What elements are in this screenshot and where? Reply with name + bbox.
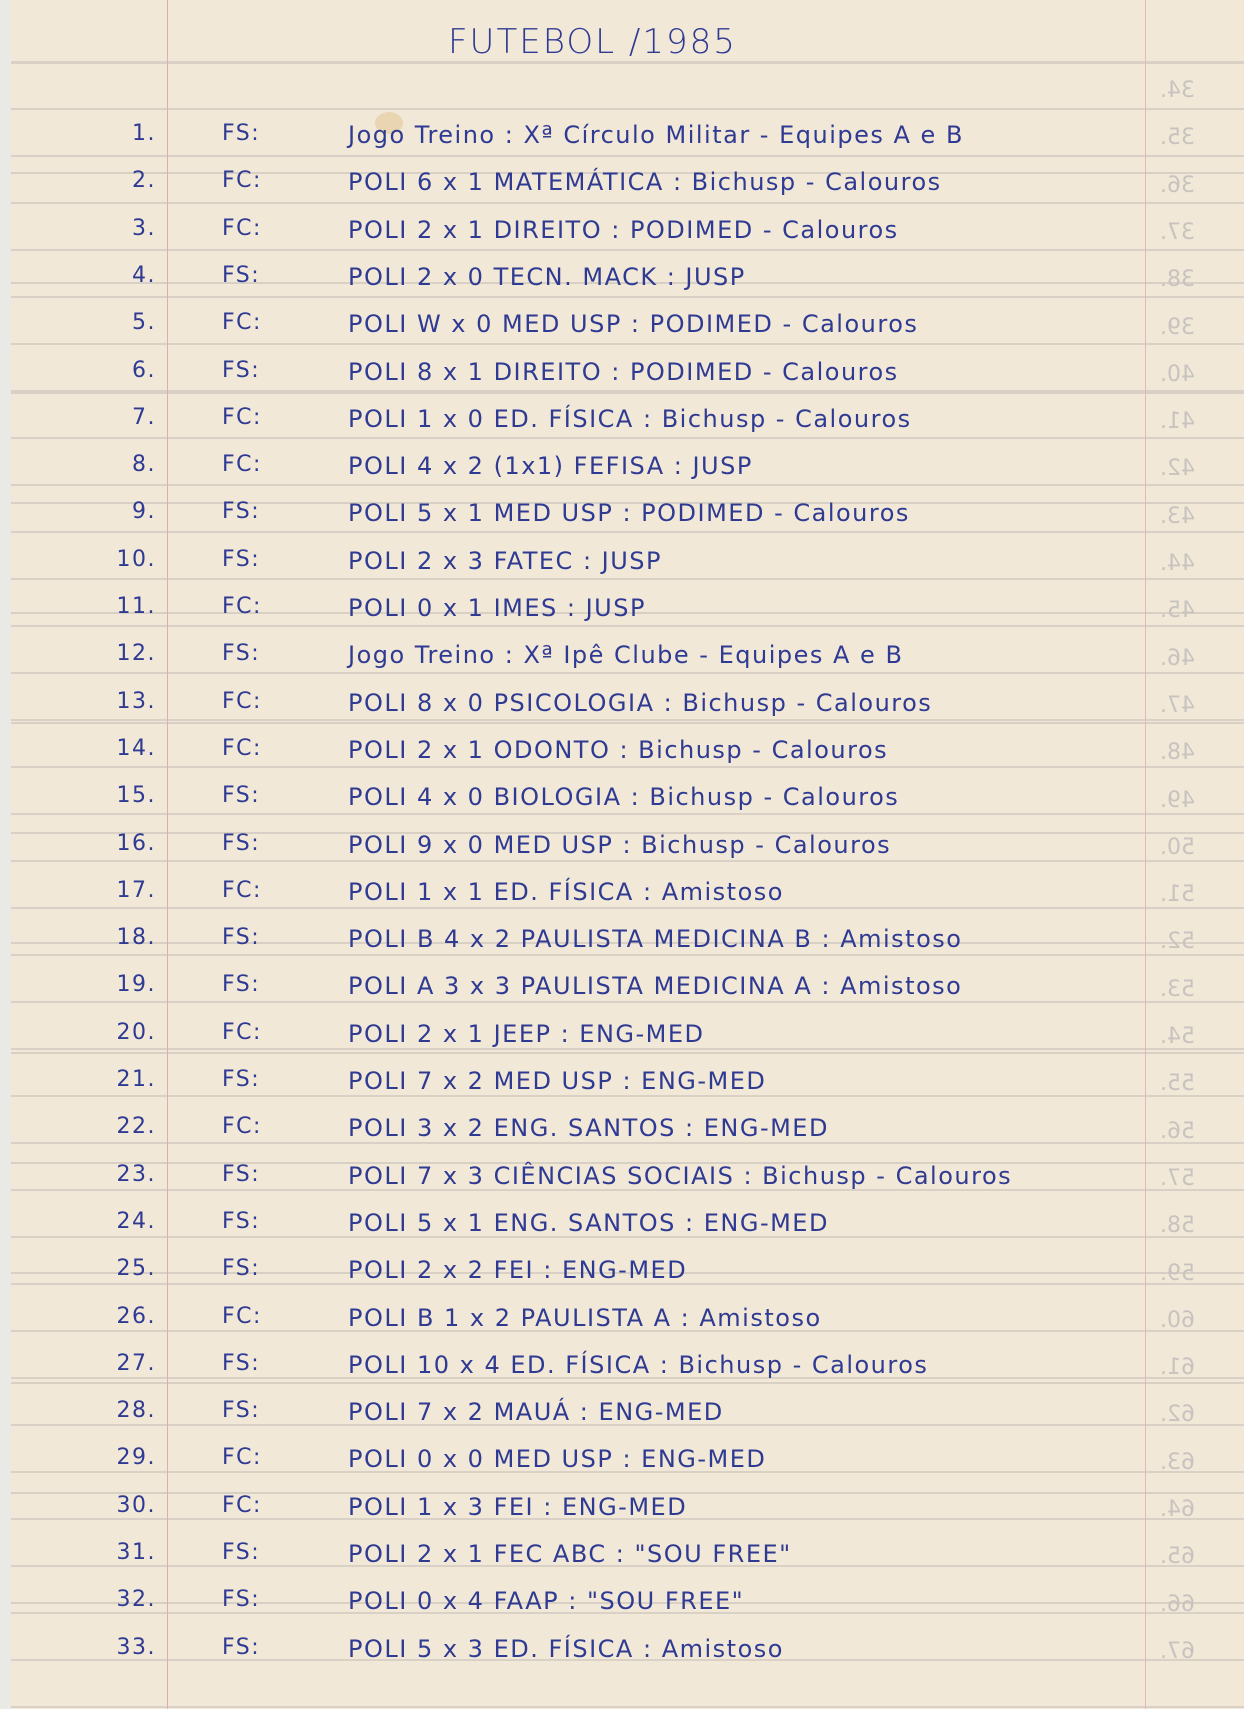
entry-text: POLI 2 x 0 TECN. MACK : JUSP <box>348 263 746 291</box>
list-item: 24.FS:POLI 5 x 1 ENG. SANTOS : ENG-MED <box>0 1209 1244 1256</box>
entry-number: 32. <box>112 1587 156 1612</box>
list-item: 7.FC:POLI 1 x 0 ED. FÍSICA : Bichusp - C… <box>0 405 1244 452</box>
list-item: 19.FS:POLI A 3 x 3 PAULISTA MEDICINA A :… <box>0 972 1244 1019</box>
entry-text: POLI 8 x 0 PSICOLOGIA : Bichusp - Calour… <box>348 689 932 717</box>
entry-number: 9. <box>112 499 156 524</box>
entry-type: FS: <box>222 783 260 808</box>
list-item: 11.FC:POLI 0 x 1 IMES : JUSP <box>0 594 1244 641</box>
entry-text: POLI 3 x 2 ENG. SANTOS : ENG-MED <box>348 1114 829 1142</box>
list-item: 26.FC:POLI B 1 x 2 PAULISTA A : Amistoso <box>0 1304 1244 1351</box>
entry-text: POLI 2 x 3 FATEC : JUSP <box>348 547 662 575</box>
list-item: 16.FS:POLI 9 x 0 MED USP : Bichusp - Cal… <box>0 831 1244 878</box>
entry-number: 5. <box>112 310 156 335</box>
entry-type: FC: <box>222 452 262 477</box>
entry-type: FS: <box>222 1351 260 1376</box>
entry-text: POLI 0 x 4 FAAP : "SOU FREE" <box>348 1587 744 1615</box>
entry-text: POLI 0 x 1 IMES : JUSP <box>348 594 646 622</box>
list-item: 8.FC:POLI 4 x 2 (1x1) FEFISA : JUSP <box>0 452 1244 499</box>
entry-text: POLI 9 x 0 MED USP : Bichusp - Calouros <box>348 831 891 859</box>
entry-text: POLI 7 x 2 MAUÁ : ENG-MED <box>348 1398 724 1426</box>
entry-text: POLI 1 x 1 ED. FÍSICA : Amistoso <box>348 878 784 906</box>
entry-number: 20. <box>112 1020 156 1045</box>
entry-text: POLI 2 x 1 JEEP : ENG-MED <box>348 1020 705 1048</box>
entry-type: FS: <box>222 1587 260 1612</box>
entry-type: FS: <box>222 1398 260 1423</box>
list-item: 3.FC:POLI 2 x 1 DIREITO : PODIMED - Calo… <box>0 216 1244 263</box>
entry-number: 21. <box>112 1067 156 1092</box>
list-item: 33.FS:POLI 5 x 3 ED. FÍSICA : Amistoso <box>0 1635 1244 1682</box>
list-item: 29.FC:POLI 0 x 0 MED USP : ENG-MED <box>0 1445 1244 1492</box>
entry-type: FS: <box>222 547 260 572</box>
entry-text: POLI 0 x 0 MED USP : ENG-MED <box>348 1445 766 1473</box>
entry-type: FC: <box>222 1493 262 1518</box>
entry-type: FC: <box>222 736 262 761</box>
entry-number: 2. <box>112 168 156 193</box>
list-item: 30.FC:POLI 1 x 3 FEI : ENG-MED <box>0 1493 1244 1540</box>
entry-number: 22. <box>112 1114 156 1139</box>
entry-number: 14. <box>112 736 156 761</box>
entry-number: 27. <box>112 1351 156 1376</box>
list-item: 32.FS:POLI 0 x 4 FAAP : "SOU FREE" <box>0 1587 1244 1634</box>
entry-text: POLI 4 x 2 (1x1) FEFISA : JUSP <box>348 452 753 480</box>
entry-number: 8. <box>112 452 156 477</box>
entry-text: POLI 6 x 1 MATEMÁTICA : Bichusp - Calour… <box>348 168 942 196</box>
entry-text: POLI 7 x 2 MED USP : ENG-MED <box>348 1067 766 1095</box>
list-item: 12.FS:Jogo Treino : Xª Ipê Clube - Equip… <box>0 641 1244 688</box>
entry-text: POLI 2 x 1 DIREITO : PODIMED - Calouros <box>348 216 899 244</box>
list-item: 28.FS:POLI 7 x 2 MAUÁ : ENG-MED <box>0 1398 1244 1445</box>
entry-type: FS: <box>222 1635 260 1660</box>
entry-type: FS: <box>222 972 260 997</box>
entry-number: 13. <box>112 689 156 714</box>
entry-type: FC: <box>222 1304 262 1329</box>
list-item: 25.FS:POLI 2 x 2 FEI : ENG-MED <box>0 1256 1244 1303</box>
entry-text: POLI 2 x 2 FEI : ENG-MED <box>348 1256 687 1284</box>
list-item: 10.FS:POLI 2 x 3 FATEC : JUSP <box>0 547 1244 594</box>
page-title: FUTEBOL /1985 <box>448 22 737 62</box>
list-item: 21.FS:POLI 7 x 2 MED USP : ENG-MED <box>0 1067 1244 1114</box>
list-item: 15.FS:POLI 4 x 0 BIOLOGIA : Bichusp - Ca… <box>0 783 1244 830</box>
entry-type: FS: <box>222 831 260 856</box>
entry-number: 19. <box>112 972 156 997</box>
entry-type: FC: <box>222 594 262 619</box>
entry-text: POLI A 3 x 3 PAULISTA MEDICINA A : Amist… <box>348 972 962 1000</box>
entry-text: POLI 5 x 1 MED USP : PODIMED - Calouros <box>348 499 910 527</box>
entry-type: FS: <box>222 1256 260 1281</box>
entry-type: FC: <box>222 1445 262 1470</box>
entry-number: 24. <box>112 1209 156 1234</box>
list-item: 6.FS:POLI 8 x 1 DIREITO : PODIMED - Calo… <box>0 358 1244 405</box>
entry-text: POLI 7 x 3 CIÊNCIAS SOCIAIS : Bichusp - … <box>348 1162 1012 1190</box>
entry-type: FC: <box>222 168 262 193</box>
entry-text: POLI B 4 x 2 PAULISTA MEDICINA B : Amist… <box>348 925 962 953</box>
list-item: 27.FS:POLI 10 x 4 ED. FÍSICA : Bichusp -… <box>0 1351 1244 1398</box>
entry-number: 3. <box>112 216 156 241</box>
entry-number: 17. <box>112 878 156 903</box>
entry-type: FS: <box>222 925 260 950</box>
entry-number: 25. <box>112 1256 156 1281</box>
entry-text: Jogo Treino : Xª Círculo Militar - Equip… <box>348 121 964 149</box>
entry-number: 31. <box>112 1540 156 1565</box>
list-item: 2.FC:POLI 6 x 1 MATEMÁTICA : Bichusp - C… <box>0 168 1244 215</box>
entry-number: 26. <box>112 1304 156 1329</box>
entry-type: FS: <box>222 1540 260 1565</box>
list-item: 31.FS:POLI 2 x 1 FEC ABC : "SOU FREE" <box>0 1540 1244 1587</box>
entry-type: FS: <box>222 1209 260 1234</box>
list-item: 18.FS:POLI B 4 x 2 PAULISTA MEDICINA B :… <box>0 925 1244 972</box>
entry-type: FC: <box>222 216 262 241</box>
entry-text: POLI 2 x 1 ODONTO : Bichusp - Calouros <box>348 736 888 764</box>
entry-type: FS: <box>222 121 260 146</box>
list-item: 13.FC:POLI 8 x 0 PSICOLOGIA : Bichusp - … <box>0 689 1244 736</box>
entry-type: FC: <box>222 689 262 714</box>
entry-number: 15. <box>112 783 156 808</box>
entry-number: 4. <box>112 263 156 288</box>
entry-type: FC: <box>222 1114 262 1139</box>
entry-text: POLI 8 x 1 DIREITO : PODIMED - Calouros <box>348 358 899 386</box>
entry-text: POLI 5 x 3 ED. FÍSICA : Amistoso <box>348 1635 784 1663</box>
entry-number: 11. <box>112 594 156 619</box>
list-item: 5.FC:POLI W x 0 MED USP : PODIMED - Calo… <box>0 310 1244 357</box>
entry-type: FC: <box>222 405 262 430</box>
entry-number: 1. <box>112 121 156 146</box>
entry-number: 16. <box>112 831 156 856</box>
list-item: 22.FC:POLI 3 x 2 ENG. SANTOS : ENG-MED <box>0 1114 1244 1161</box>
list-item: 9.FS:POLI 5 x 1 MED USP : PODIMED - Calo… <box>0 499 1244 546</box>
list-item: 1.FS:Jogo Treino : Xª Círculo Militar - … <box>0 121 1244 168</box>
list-item: 4.FS:POLI 2 x 0 TECN. MACK : JUSP <box>0 263 1244 310</box>
entry-number: 23. <box>112 1162 156 1187</box>
list-item: 17.FC:POLI 1 x 1 ED. FÍSICA : Amistoso <box>0 878 1244 925</box>
entry-type: FS: <box>222 1162 260 1187</box>
entry-type: FS: <box>222 1067 260 1092</box>
list-item: 20.FC:POLI 2 x 1 JEEP : ENG-MED <box>0 1020 1244 1067</box>
entry-number: 10. <box>112 547 156 572</box>
entry-text: POLI 10 x 4 ED. FÍSICA : Bichusp - Calou… <box>348 1351 928 1379</box>
entry-number: 12. <box>112 641 156 666</box>
entry-type: FS: <box>222 358 260 383</box>
list-item: 23.FS:POLI 7 x 3 CIÊNCIAS SOCIAIS : Bich… <box>0 1162 1244 1209</box>
entry-text: POLI B 1 x 2 PAULISTA A : Amistoso <box>348 1304 822 1332</box>
entry-type: FC: <box>222 878 262 903</box>
entry-text: POLI 4 x 0 BIOLOGIA : Bichusp - Calouros <box>348 783 899 811</box>
entry-number: 28. <box>112 1398 156 1423</box>
entry-number: 33. <box>112 1635 156 1660</box>
entry-number: 18. <box>112 925 156 950</box>
entry-number: 30. <box>112 1493 156 1518</box>
entry-text: Jogo Treino : Xª Ipê Clube - Equipes A e… <box>348 641 903 669</box>
entry-type: FC: <box>222 310 262 335</box>
entry-type: FS: <box>222 641 260 666</box>
entry-text: POLI 2 x 1 FEC ABC : "SOU FREE" <box>348 1540 792 1568</box>
entry-text: POLI W x 0 MED USP : PODIMED - Calouros <box>348 310 918 338</box>
entry-text: POLI 5 x 1 ENG. SANTOS : ENG-MED <box>348 1209 829 1237</box>
bleed-through-number: 34. <box>1160 78 1195 103</box>
entry-type: FC: <box>222 1020 262 1045</box>
entry-type: FS: <box>222 499 260 524</box>
entry-text: POLI 1 x 3 FEI : ENG-MED <box>348 1493 687 1521</box>
entry-number: 29. <box>112 1445 156 1470</box>
list-item: 14.FC:POLI 2 x 1 ODONTO : Bichusp - Calo… <box>0 736 1244 783</box>
entry-text: POLI 1 x 0 ED. FÍSICA : Bichusp - Calour… <box>348 405 912 433</box>
entry-number: 6. <box>112 358 156 383</box>
entry-number: 7. <box>112 405 156 430</box>
entry-type: FS: <box>222 263 260 288</box>
